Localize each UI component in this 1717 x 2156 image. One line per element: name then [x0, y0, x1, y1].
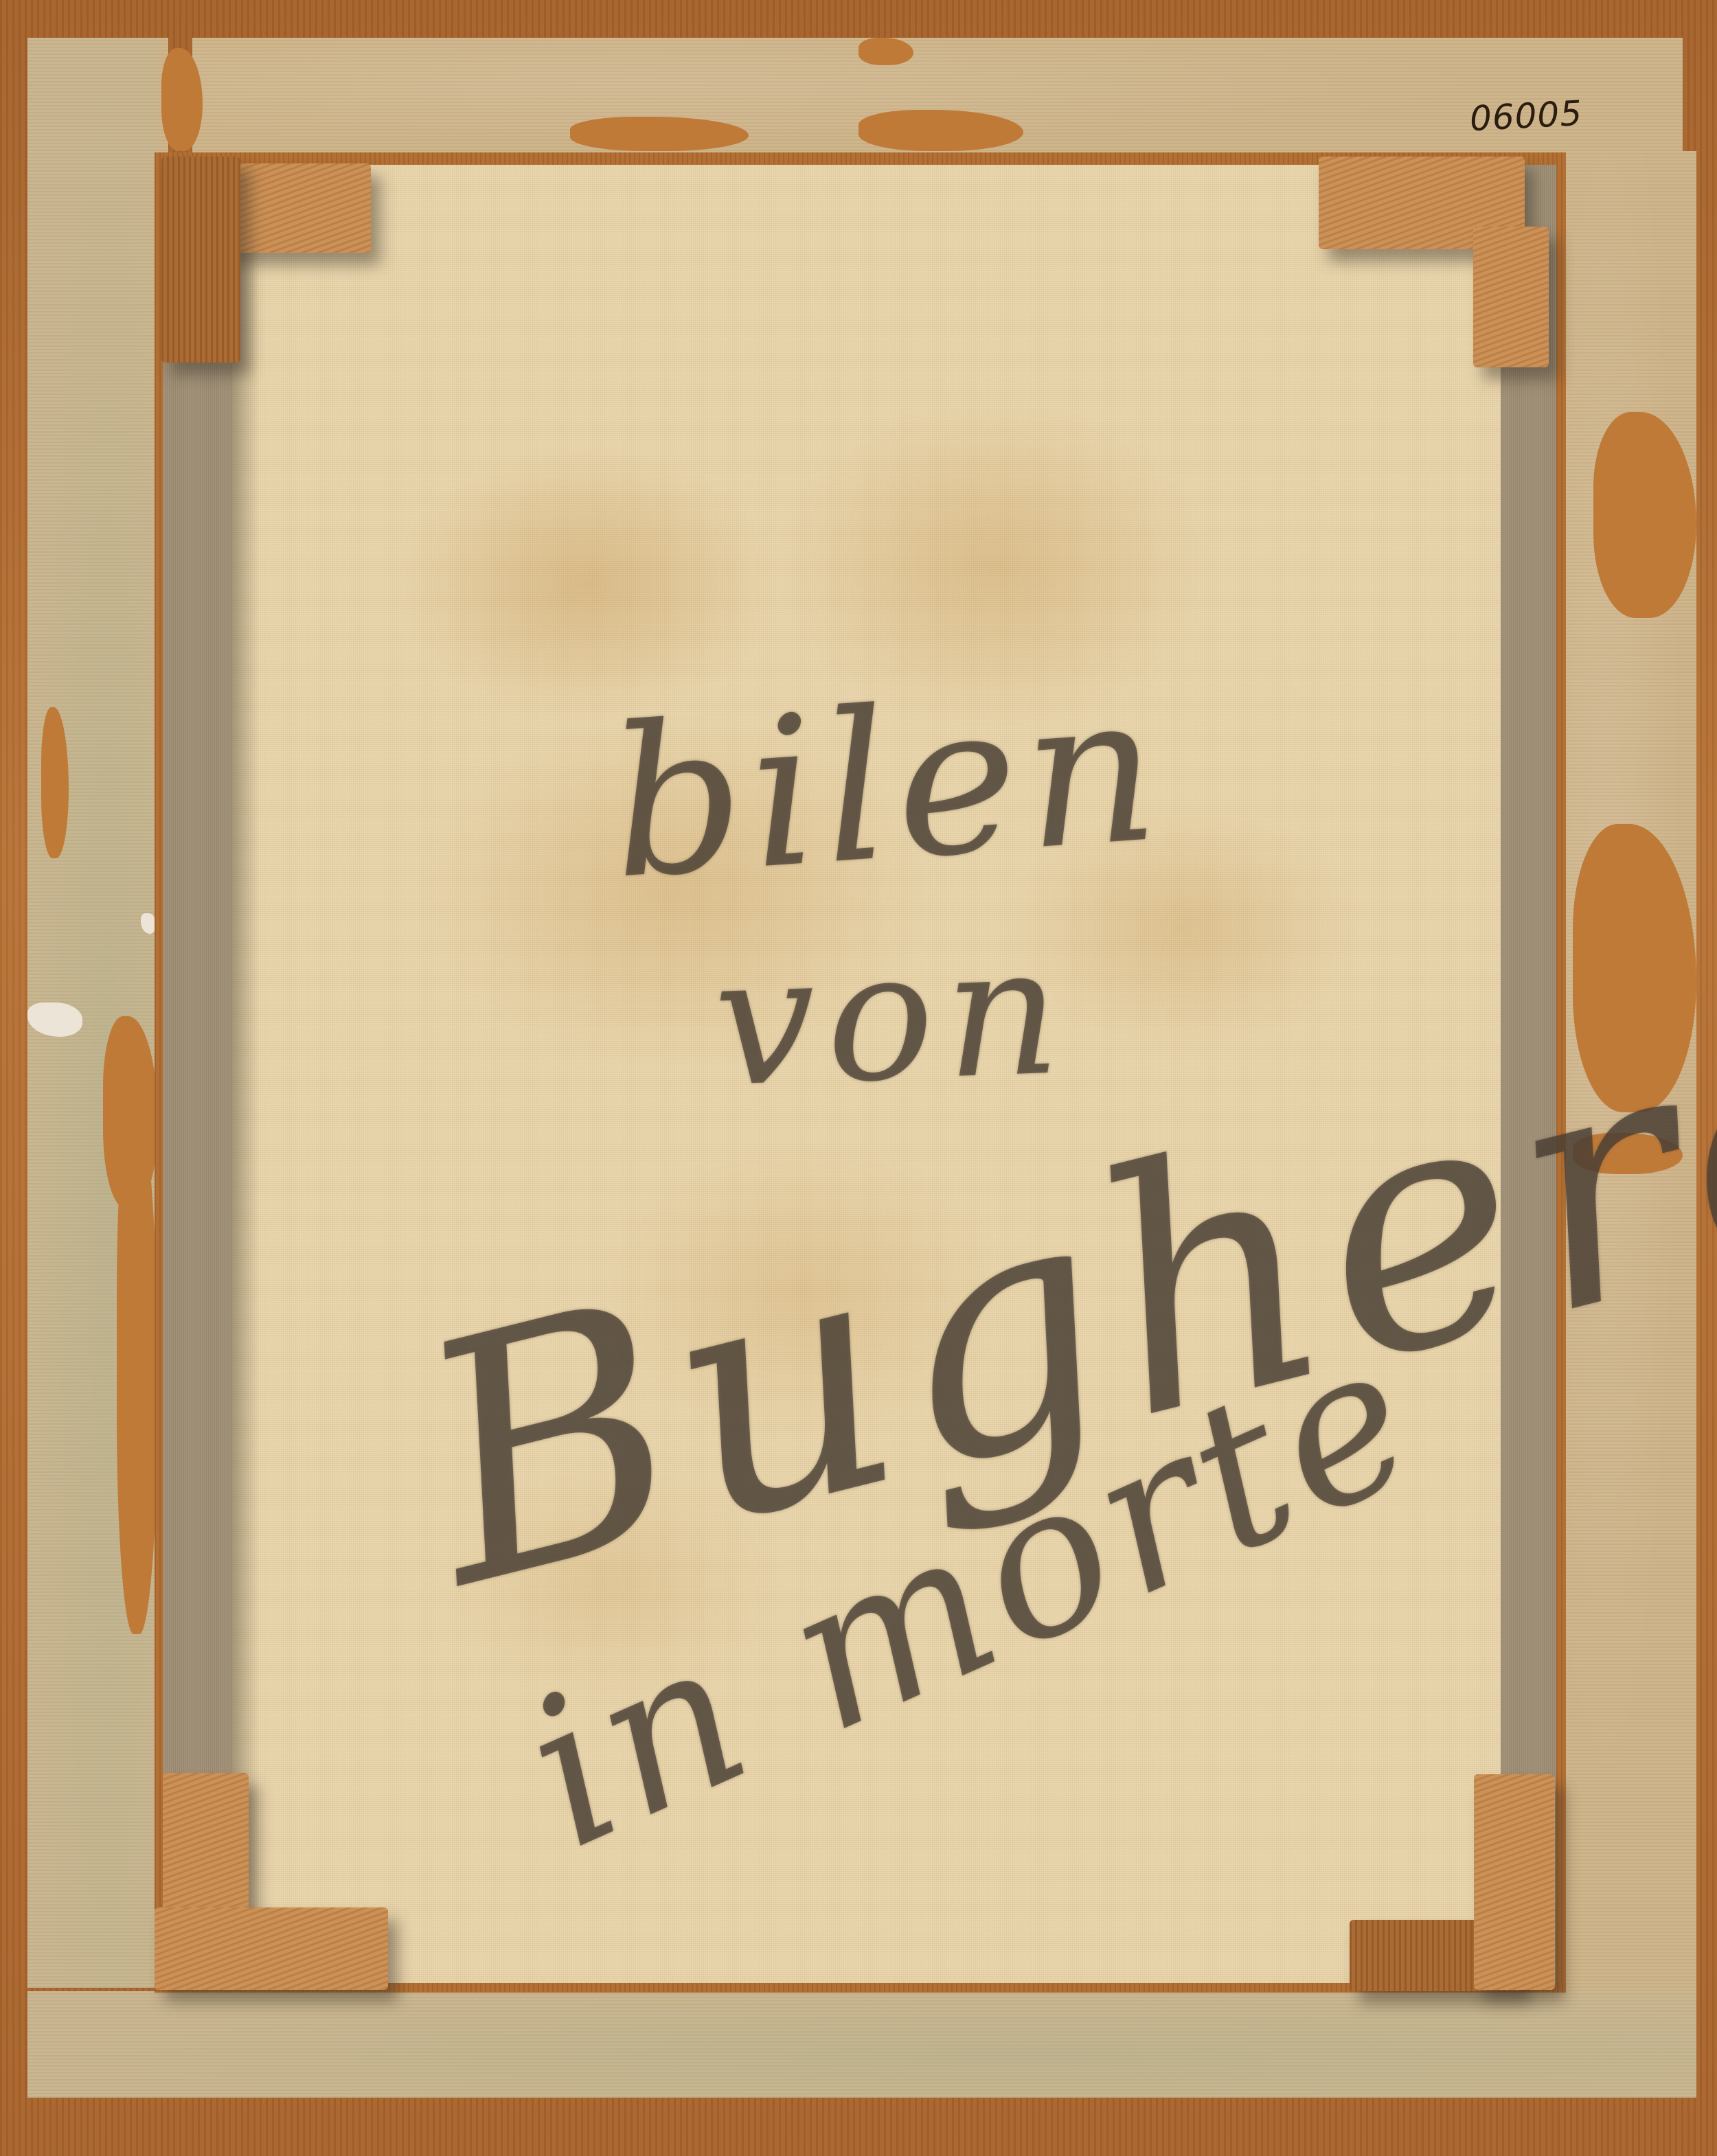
paper-tape-bottom: [27, 1991, 1696, 2098]
tape-tear: [858, 38, 913, 65]
stretcher-bar-left: [155, 152, 163, 1993]
inscription-line-1: bilen: [604, 647, 1172, 924]
corner-key-bottom-right-vertical: [1474, 1774, 1555, 1990]
corner-key-bottom-left-horizontal: [155, 1907, 388, 1990]
canvas-shadow-left: [231, 165, 259, 1983]
corner-key-top-left-vertical: [161, 157, 240, 363]
inventory-number-label: 06005: [1469, 93, 1584, 139]
tape-tear: [570, 117, 749, 151]
corner-key-top-left-horizontal: [223, 163, 371, 253]
corner-key-bottom-left-vertical: [163, 1773, 249, 1910]
inscription-line-2: von: [711, 907, 1074, 1127]
corner-key-top-right-vertical: [1473, 227, 1549, 367]
canvas-turnover-left: [163, 165, 231, 1983]
